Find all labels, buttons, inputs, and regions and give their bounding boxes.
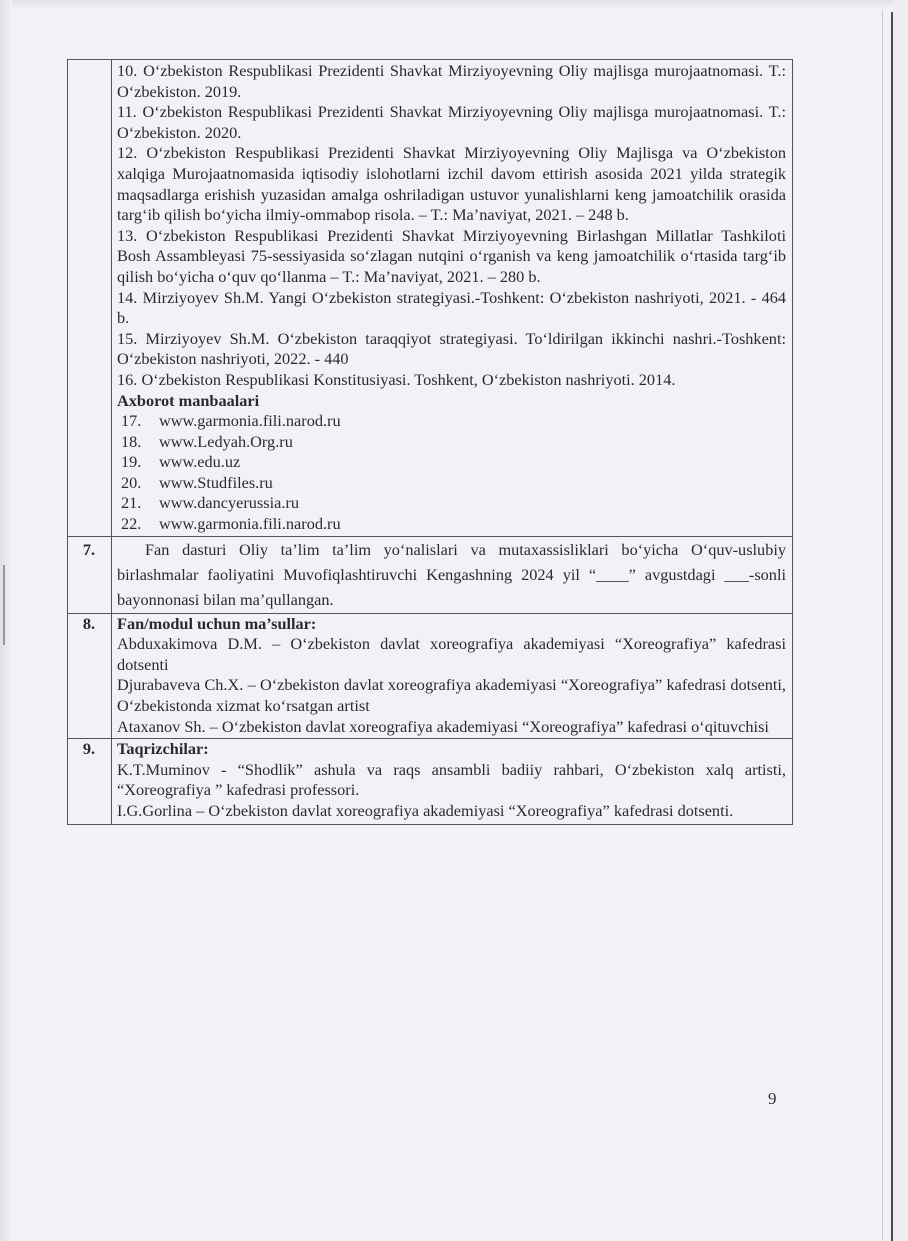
source-link[interactable]: www.Ledyah.Org.ru [159,432,293,453]
reference-item: 12. O‘zbekiston Respublikasi Prezidenti … [117,143,786,225]
info-source-item: 21.www.dancyerussia.ru [117,493,786,514]
row-number-cell [68,60,112,537]
scan-shadow [0,0,908,8]
source-link[interactable]: www.dancyerussia.ru [159,493,299,514]
reviewer: K.T.Muminov - “Shodlik” ashula va raqs a… [117,760,786,801]
reviewers-cell: Taqrizchilar: K.T.Muminov - “Shodlik” as… [112,739,793,824]
reference-item: 11. O‘zbekiston Respublikasi Prezidenti … [117,102,786,143]
approval-row: 7. Fan dasturi Oliy ta’lim ta’lim yo‘nal… [68,536,793,613]
responsible-person: Ataxanov Sh. – O‘zbekiston davlat xoreog… [117,717,786,738]
info-source-item: 18.www.Ledyah.Org.ru [117,432,786,453]
responsible-heading: Fan/modul uchun ma’sullar: [117,614,786,635]
info-source-item: 20.www.Studfiles.ru [117,473,786,494]
next-page-strip [893,0,908,1241]
responsible-row: 8. Fan/modul uchun ma’sullar: Abduxakimo… [68,613,793,739]
references-row: 10. O‘zbekiston Respublikasi Prezidenti … [68,60,793,537]
source-link[interactable]: www.Studfiles.ru [159,473,273,494]
scan-left-edge [0,0,12,1241]
row-number-cell: 9. [68,739,112,824]
reviewers-heading: Taqrizchilar: [117,739,786,760]
reviewer: I.G.Gorlina – O‘zbekiston davlat xoreogr… [117,801,786,822]
source-link[interactable]: www.garmonia.fili.narod.ru [159,514,341,535]
source-link[interactable]: www.garmonia.fili.narod.ru [159,411,341,432]
reviewers-row: 9. Taqrizchilar: K.T.Muminov - “Shodlik”… [68,739,793,824]
responsible-person: Djurabaveva Ch.X. – O‘zbekiston davlat x… [117,675,786,716]
info-sources-heading: Axborot manbaalari [117,391,786,412]
info-source-item: 19.www.edu.uz [117,452,786,473]
reference-item: 14. Mirziyoyev Sh.M. Yangi O‘zbekiston s… [117,288,786,329]
page-edge [882,10,883,1241]
approval-cell: Fan dasturi Oliy ta’lim ta’lim yo‘nalisl… [112,536,793,613]
approval-text: Fan dasturi Oliy ta’lim ta’lim yo‘nalisl… [117,537,786,612]
references-cell: 10. O‘zbekiston Respublikasi Prezidenti … [112,60,793,537]
responsible-cell: Fan/modul uchun ma’sullar: Abduxakimova … [112,613,793,739]
responsible-person: Abduxakimova D.M. – O‘zbekiston davlat x… [117,634,786,675]
reference-item: 15. Mirziyoyev Sh.M. O‘zbekiston taraqqi… [117,329,786,370]
page-fold-mark [3,565,5,645]
info-source-item: 17.www.garmonia.fili.narod.ru [117,411,786,432]
source-link[interactable]: www.edu.uz [159,452,240,473]
reference-item: 16. O‘zbekiston Respublikasi Konstitusiy… [117,370,786,391]
row-number-cell: 8. [68,613,112,739]
page-number: 9 [768,1089,777,1109]
syllabus-table: 10. O‘zbekiston Respublikasi Prezidenti … [67,59,793,825]
reference-item: 10. O‘zbekiston Respublikasi Prezidenti … [117,61,786,102]
reference-item: 13. O‘zbekiston Respublikasi Prezidenti … [117,226,786,288]
row-number-cell: 7. [68,536,112,613]
info-source-item: 22.www.garmonia.fili.narod.ru [117,514,786,535]
